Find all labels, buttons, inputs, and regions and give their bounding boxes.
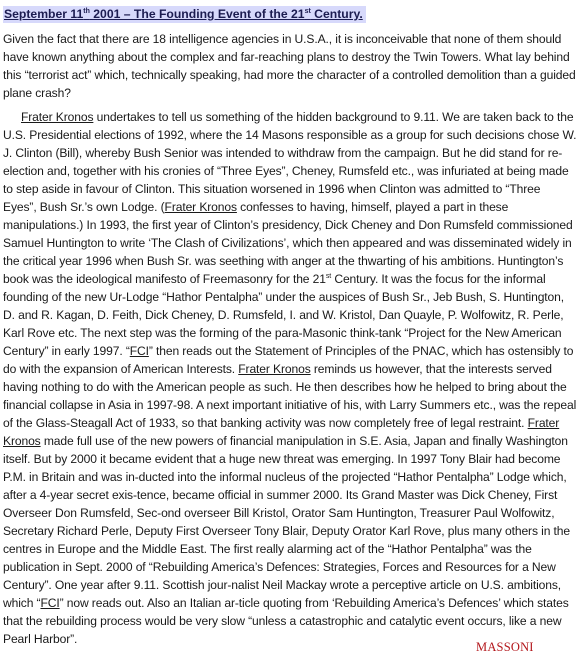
- frater-kronos-link[interactable]: Frater Kronos: [21, 110, 93, 124]
- title-text-2: 2001 – The Founding Event of the 21: [90, 7, 305, 21]
- text-segment: undertakes to tell us something of the h…: [3, 110, 576, 214]
- text-segment: made full use of the new powers of finan…: [3, 434, 570, 610]
- document-page: September 11th 2001 – The Founding Event…: [3, 0, 577, 648]
- title-highlight: September 11th 2001 – The Founding Event…: [3, 6, 366, 23]
- fci-link[interactable]: FCI: [40, 596, 59, 610]
- document-title: September 11th 2001 – The Founding Event…: [3, 4, 577, 24]
- frater-kronos-link[interactable]: Frater Kronos: [238, 362, 310, 376]
- title-text-3: Century.: [311, 7, 363, 21]
- paragraph-intro: Given the fact that there are 18 intelli…: [3, 30, 577, 102]
- title-text-1: September 11: [4, 7, 83, 21]
- text-segment: ” now reads out. Also an Italian ar-ticl…: [3, 596, 569, 646]
- paragraph-main: Frater Kronos undertakes to tell us some…: [3, 108, 577, 648]
- author-signature: MASSONI: [476, 640, 534, 655]
- frater-kronos-link[interactable]: Frater Kronos: [165, 200, 237, 214]
- fci-link[interactable]: FCI: [130, 344, 149, 358]
- title-sup-th: th: [83, 8, 90, 15]
